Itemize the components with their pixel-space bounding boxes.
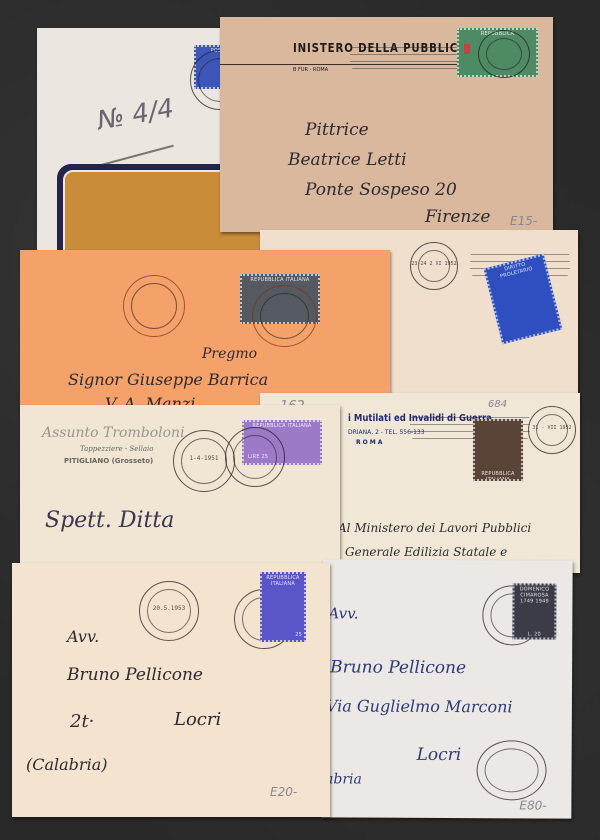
postage-stamp-violet: REPUBBLICA ITALIANA 25: [260, 572, 306, 642]
address-line-3: Via Guglielmo Marconi: [326, 696, 513, 716]
address-line-3: Locri: [174, 709, 221, 730]
price-mark: E15-: [510, 214, 537, 228]
postage-stamp-brown: REPUBBLICA ITALIANA: [473, 419, 523, 481]
postmark-arrival: [476, 740, 546, 800]
machine-cancel: [350, 43, 460, 71]
pencil-number: 684: [488, 399, 507, 410]
postmark-roma: 31 - VII 1952: [528, 406, 576, 454]
address-line-1: Pregmo: [202, 346, 257, 362]
address-line-2: Signor Giuseppe Barrica: [68, 370, 268, 389]
postage-stamp-cimarosa: DOMENICO CIMAROSA 1749 1949 L. 20: [512, 583, 556, 639]
cover-pitigliano-envelope: Assunto Tromboloni Tappezziere - Sellaio…: [20, 405, 340, 565]
postmark-bologna: 23-24 2 XI 1952: [410, 242, 458, 290]
address-line-1: Spett. Ditta: [45, 508, 174, 533]
pencil-mark: № 4/4: [95, 94, 176, 137]
postmark: [252, 285, 317, 347]
address-line-4: Firenze: [425, 207, 490, 227]
postmark: [478, 30, 530, 78]
cover-cimarosa-envelope: DOMENICO CIMAROSA 1749 1949 L. 20 Avv. B…: [321, 559, 572, 818]
letterhead-sub: B FUR - ROMA: [293, 67, 328, 73]
street-abbrev: 2t·: [70, 711, 94, 732]
address-line-1: Pittrice: [305, 120, 369, 140]
address-line-2: Bruno Pellicone: [330, 657, 466, 678]
address-line-2: Beatrice Letti: [288, 150, 407, 170]
address-line-1: Avv.: [328, 604, 358, 622]
letterhead-city: ROMA: [356, 439, 384, 446]
cover-orange-envelope: REPUBBLICA ITALIANA Pregmo Signor Giusep…: [20, 250, 390, 410]
address-line-4: (Calabria): [26, 755, 107, 774]
price-mark: E80-: [519, 798, 546, 812]
letterhead-city: PITIGLIANO (Grosseto): [64, 457, 153, 465]
address-line-4: Locri: [417, 745, 462, 765]
address-line-1: Al Ministero dei Lavori Pubblici: [338, 521, 531, 535]
postmark-termini: 20.5.1953: [139, 581, 199, 641]
address-line-1: Avv.: [67, 627, 99, 646]
cover-termini-envelope: 20.5.1953 REPUBBLICA ITALIANA 25 Avv. Br…: [12, 563, 330, 817]
letterhead-sub: Tappezziere - Sellaio: [80, 445, 154, 453]
address-line-2: Generale Edilizia Statale e: [345, 545, 507, 559]
cover-ministero-envelope: INISTERO DELLA PUBBLICA B FUR - ROMA REP…: [220, 17, 553, 232]
address-line-3: Ponte Sospeso 20: [305, 180, 457, 200]
postmark: [225, 427, 285, 487]
price-mark: E20-: [270, 785, 297, 799]
address-line-2: Bruno Pellicone: [67, 665, 203, 685]
letterhead: Assunto Tromboloni: [42, 425, 185, 441]
postmark-valentia: [123, 275, 185, 337]
